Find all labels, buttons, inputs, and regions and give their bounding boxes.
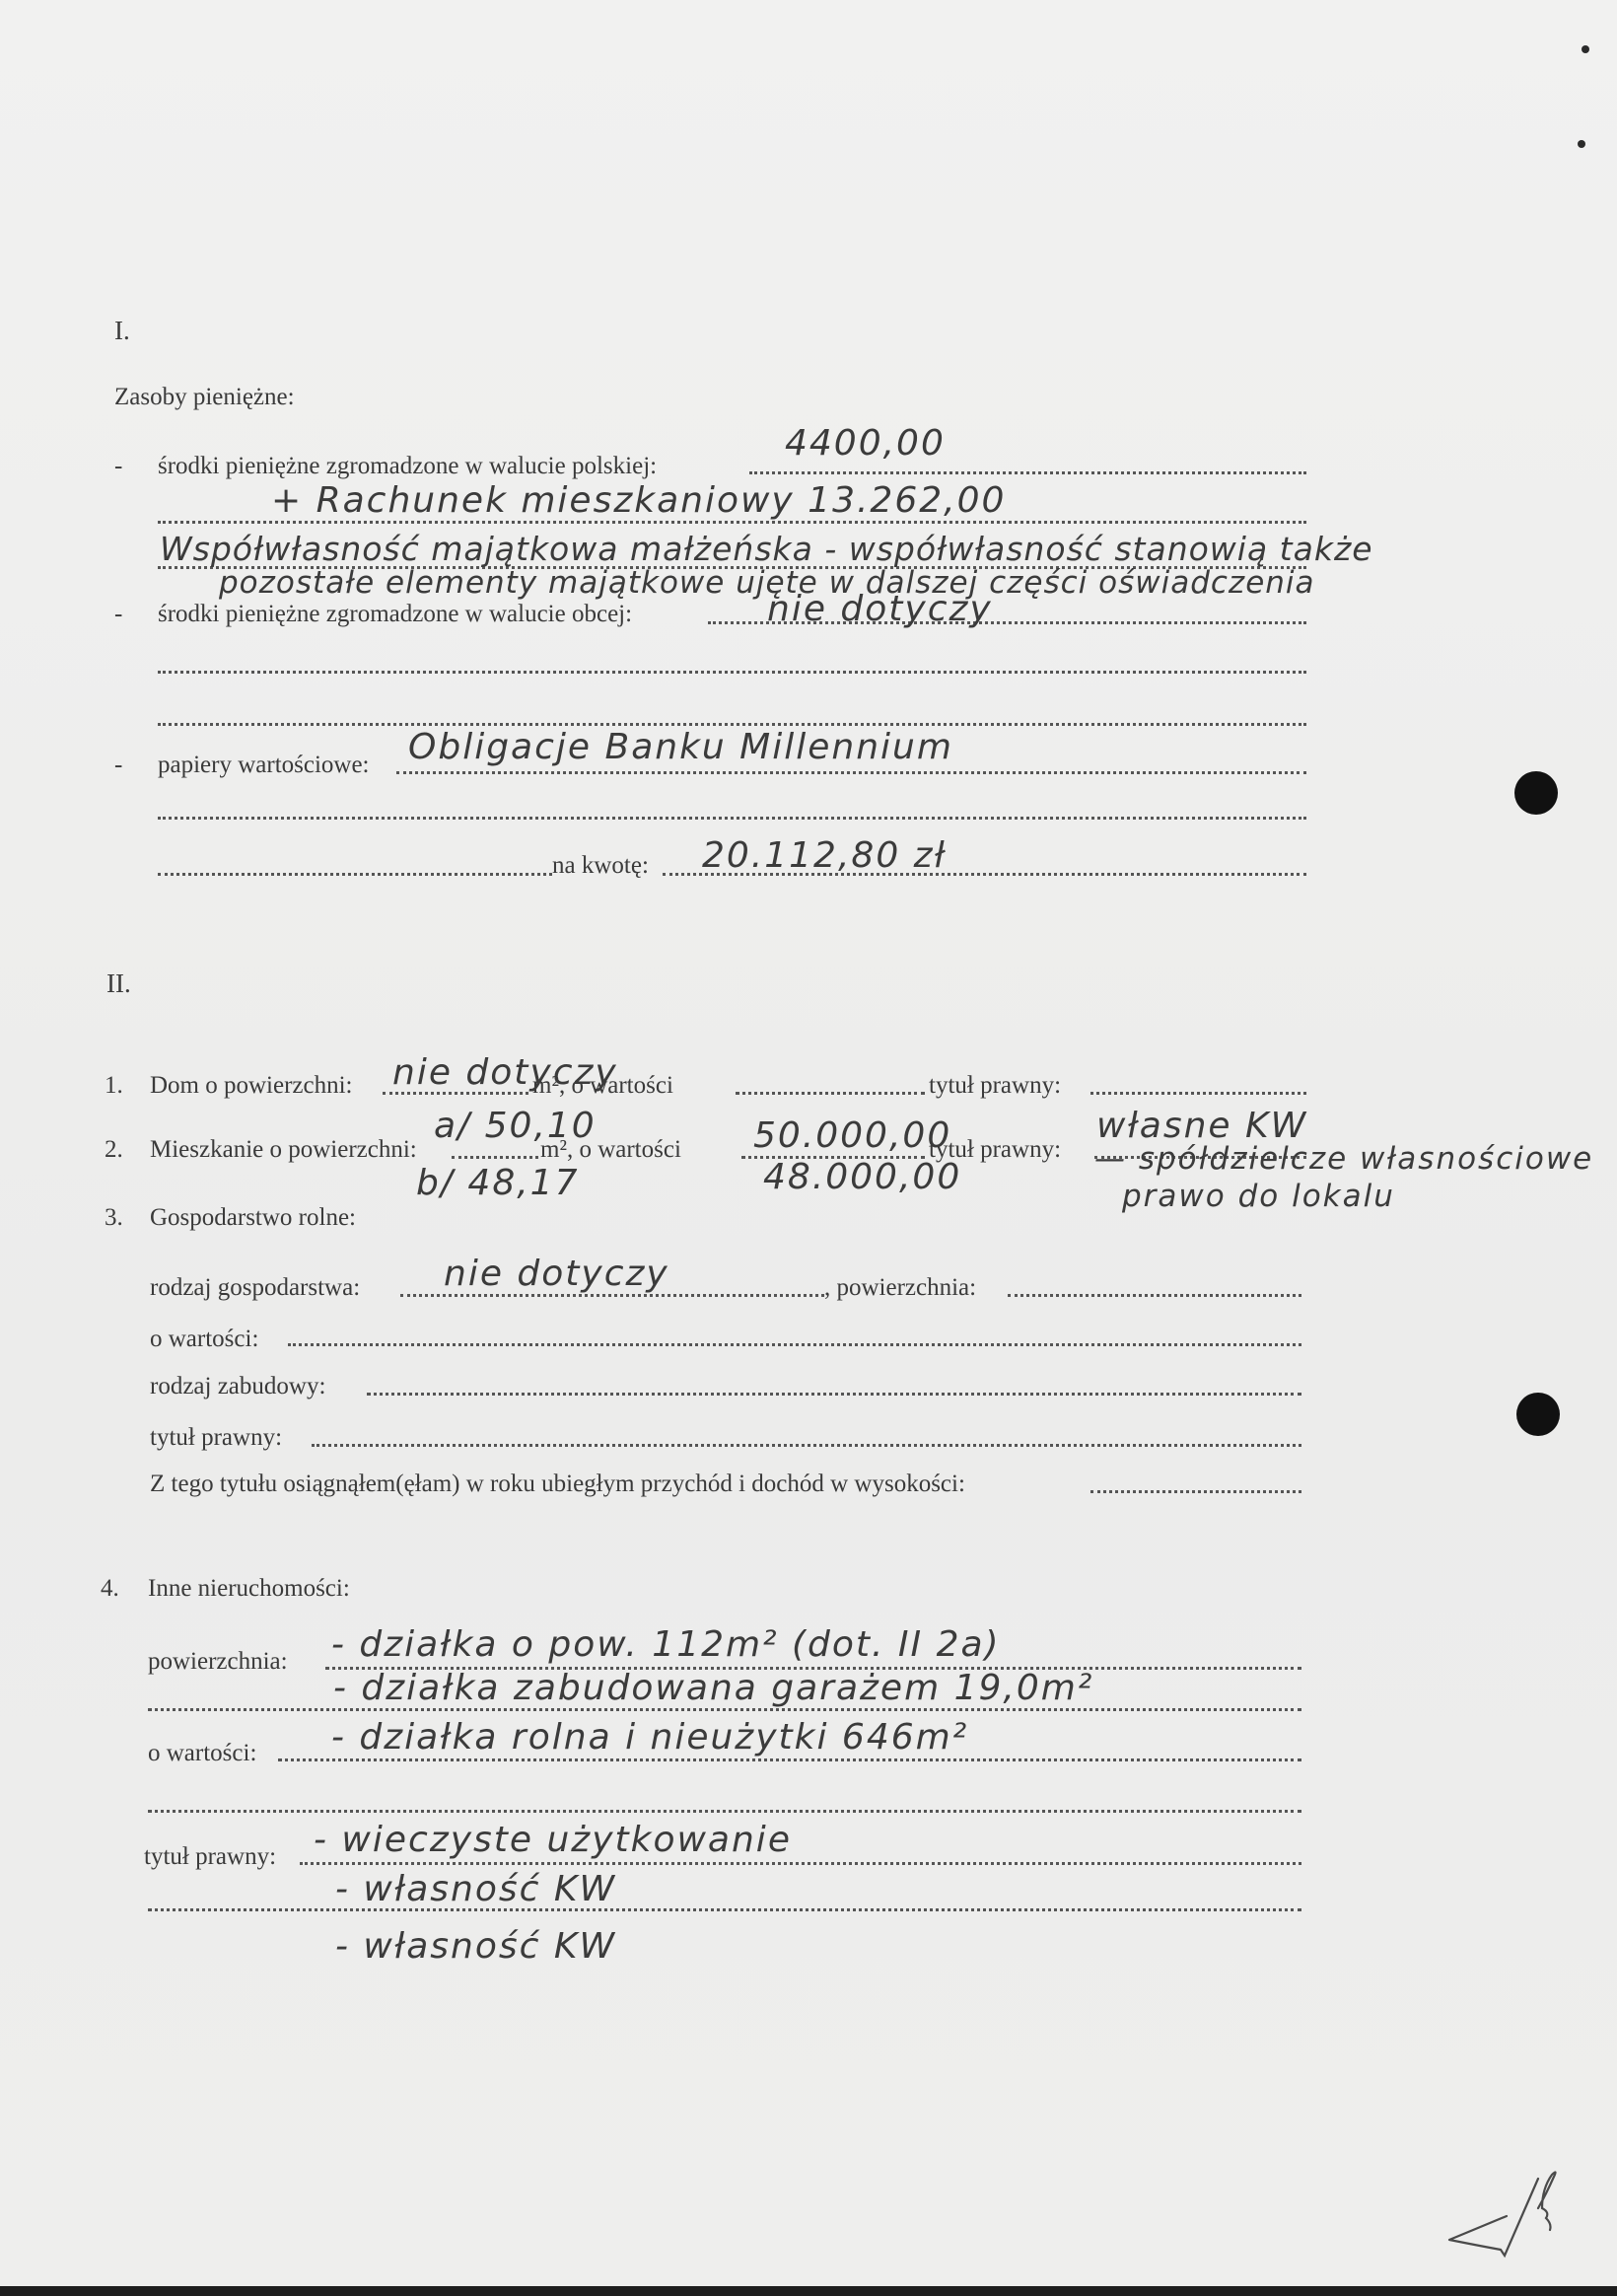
- section-1-heading: I.: [114, 318, 130, 344]
- other-area-label: powierzchnia:: [148, 1649, 288, 1674]
- pln-extra-2[interactable]: Współwłasność majątkowa małżeńska - wspó…: [160, 533, 1373, 565]
- other-title-2[interactable]: - własność KW: [335, 1872, 616, 1907]
- pln-extra-1[interactable]: + Rachunek mieszkaniowy 13.262,00: [271, 483, 1006, 519]
- foreign-extra-line[interactable]: [158, 671, 1306, 674]
- securities-field-line[interactable]: [396, 771, 1306, 774]
- other-value-label: o wartości:: [148, 1741, 256, 1765]
- bullet: -: [114, 454, 122, 478]
- farm-type-line[interactable]: [400, 1294, 824, 1297]
- house-title-label: tytuł prawny:: [929, 1073, 1061, 1098]
- apartment-title-b-2[interactable]: prawo do lokalu: [1122, 1182, 1395, 1212]
- farm-type-label: rodzaj gospodarstwa:: [150, 1275, 360, 1300]
- foreign-value[interactable]: nie dotyczy: [767, 592, 993, 627]
- pln-label: środki pieniężne zgromadzone w walucie p…: [158, 454, 657, 478]
- scan-speck: [1578, 140, 1585, 148]
- item-number: 3.: [105, 1205, 123, 1230]
- pln-extra-line[interactable]: [158, 521, 1306, 524]
- foreign-label: środki pieniężne zgromadzone w walucie o…: [158, 602, 632, 626]
- other-value-line-2[interactable]: [148, 1810, 1301, 1813]
- apartment-value-b[interactable]: 48.000,00: [763, 1160, 961, 1195]
- form-page: I. Zasoby pieniężne: - środki pieniężne …: [0, 0, 1617, 2296]
- apartment-label: Mieszkanie o powierzchni:: [150, 1137, 417, 1162]
- signature-initials: [1440, 2165, 1558, 2263]
- farm-value-line[interactable]: [288, 1343, 1301, 1346]
- section-1-title: Zasoby pieniężne:: [114, 385, 295, 409]
- section-2-heading: II.: [106, 970, 131, 997]
- other-label: Inne nieruchomości:: [148, 1576, 350, 1601]
- farm-title-line[interactable]: [312, 1444, 1301, 1447]
- other-value-1[interactable]: - działka rolna i nieużytki 646m²: [331, 1720, 968, 1756]
- house-value-label: m², o wartości: [532, 1073, 673, 1098]
- other-value-line[interactable]: [278, 1758, 1301, 1761]
- pln-value[interactable]: 4400,00: [785, 426, 946, 462]
- apartment-area-b[interactable]: b/ 48,17: [416, 1166, 579, 1201]
- other-title-1[interactable]: - wieczyste użytkowanie: [314, 1823, 792, 1858]
- scan-bottom-edge: [0, 2286, 1617, 2296]
- house-value-line[interactable]: [736, 1092, 925, 1095]
- other-area-line-2[interactable]: [148, 1708, 1301, 1711]
- other-title-line-2[interactable]: [148, 1908, 1301, 1911]
- securities-value[interactable]: Obligacje Banku Millennium: [408, 730, 953, 765]
- farm-income-line[interactable]: [1090, 1490, 1301, 1493]
- farm-buildings-line[interactable]: [367, 1393, 1301, 1396]
- farm-area-label: , powierzchnia:: [824, 1275, 976, 1300]
- other-title-line[interactable]: [300, 1862, 1301, 1865]
- house-title-line[interactable]: [1090, 1092, 1306, 1095]
- bullet: -: [114, 753, 122, 777]
- securities-label: papiery wartościowe:: [158, 753, 370, 777]
- punch-hole: [1516, 1393, 1560, 1436]
- scan-speck: [1582, 45, 1589, 53]
- apartment-value-a[interactable]: 50.000,00: [753, 1118, 951, 1154]
- item-number: 2.: [105, 1137, 123, 1162]
- apartment-title-b-1[interactable]: — spółdzielcze własnościowe: [1094, 1144, 1593, 1175]
- farm-title-label: tytuł prawny:: [150, 1425, 282, 1450]
- amount-prefix-line: [158, 873, 552, 876]
- house-label: Dom o powierzchni:: [150, 1073, 353, 1098]
- foreign-extra-line-2[interactable]: [158, 723, 1306, 726]
- apartment-title-a[interactable]: własne KW: [1096, 1109, 1307, 1144]
- farm-buildings-label: rodzaj zabudowy:: [150, 1374, 325, 1399]
- farm-income-label: Z tego tytułu osiągnąłem(ęłam) w roku ub…: [150, 1471, 965, 1496]
- farm-type-value[interactable]: nie dotyczy: [444, 1256, 669, 1292]
- amount-label: na kwotę:: [552, 853, 649, 878]
- other-area-2[interactable]: - działka zabudowana garażem 19,0m²: [333, 1671, 1093, 1706]
- pln-field-line[interactable]: [749, 471, 1306, 474]
- farm-label: Gospodarstwo rolne:: [150, 1205, 356, 1230]
- securities-extra-line[interactable]: [158, 817, 1306, 820]
- other-area-1[interactable]: - działka o pow. 112m² (dot. II 2a): [331, 1627, 1001, 1663]
- punch-hole: [1514, 771, 1558, 815]
- farm-area-line[interactable]: [1008, 1294, 1301, 1297]
- other-title-label: tytuł prawny:: [144, 1844, 276, 1869]
- apartment-area-line[interactable]: [452, 1156, 538, 1159]
- apartment-value-label: m², o wartości: [540, 1137, 681, 1162]
- farm-value-label: o wartości:: [150, 1327, 258, 1351]
- amount-value[interactable]: 20.112,80 zł: [702, 838, 947, 874]
- item-number: 1.: [105, 1073, 123, 1098]
- item-number: 4.: [101, 1576, 119, 1601]
- bullet: -: [114, 602, 122, 626]
- other-title-3[interactable]: - własność KW: [335, 1929, 616, 1965]
